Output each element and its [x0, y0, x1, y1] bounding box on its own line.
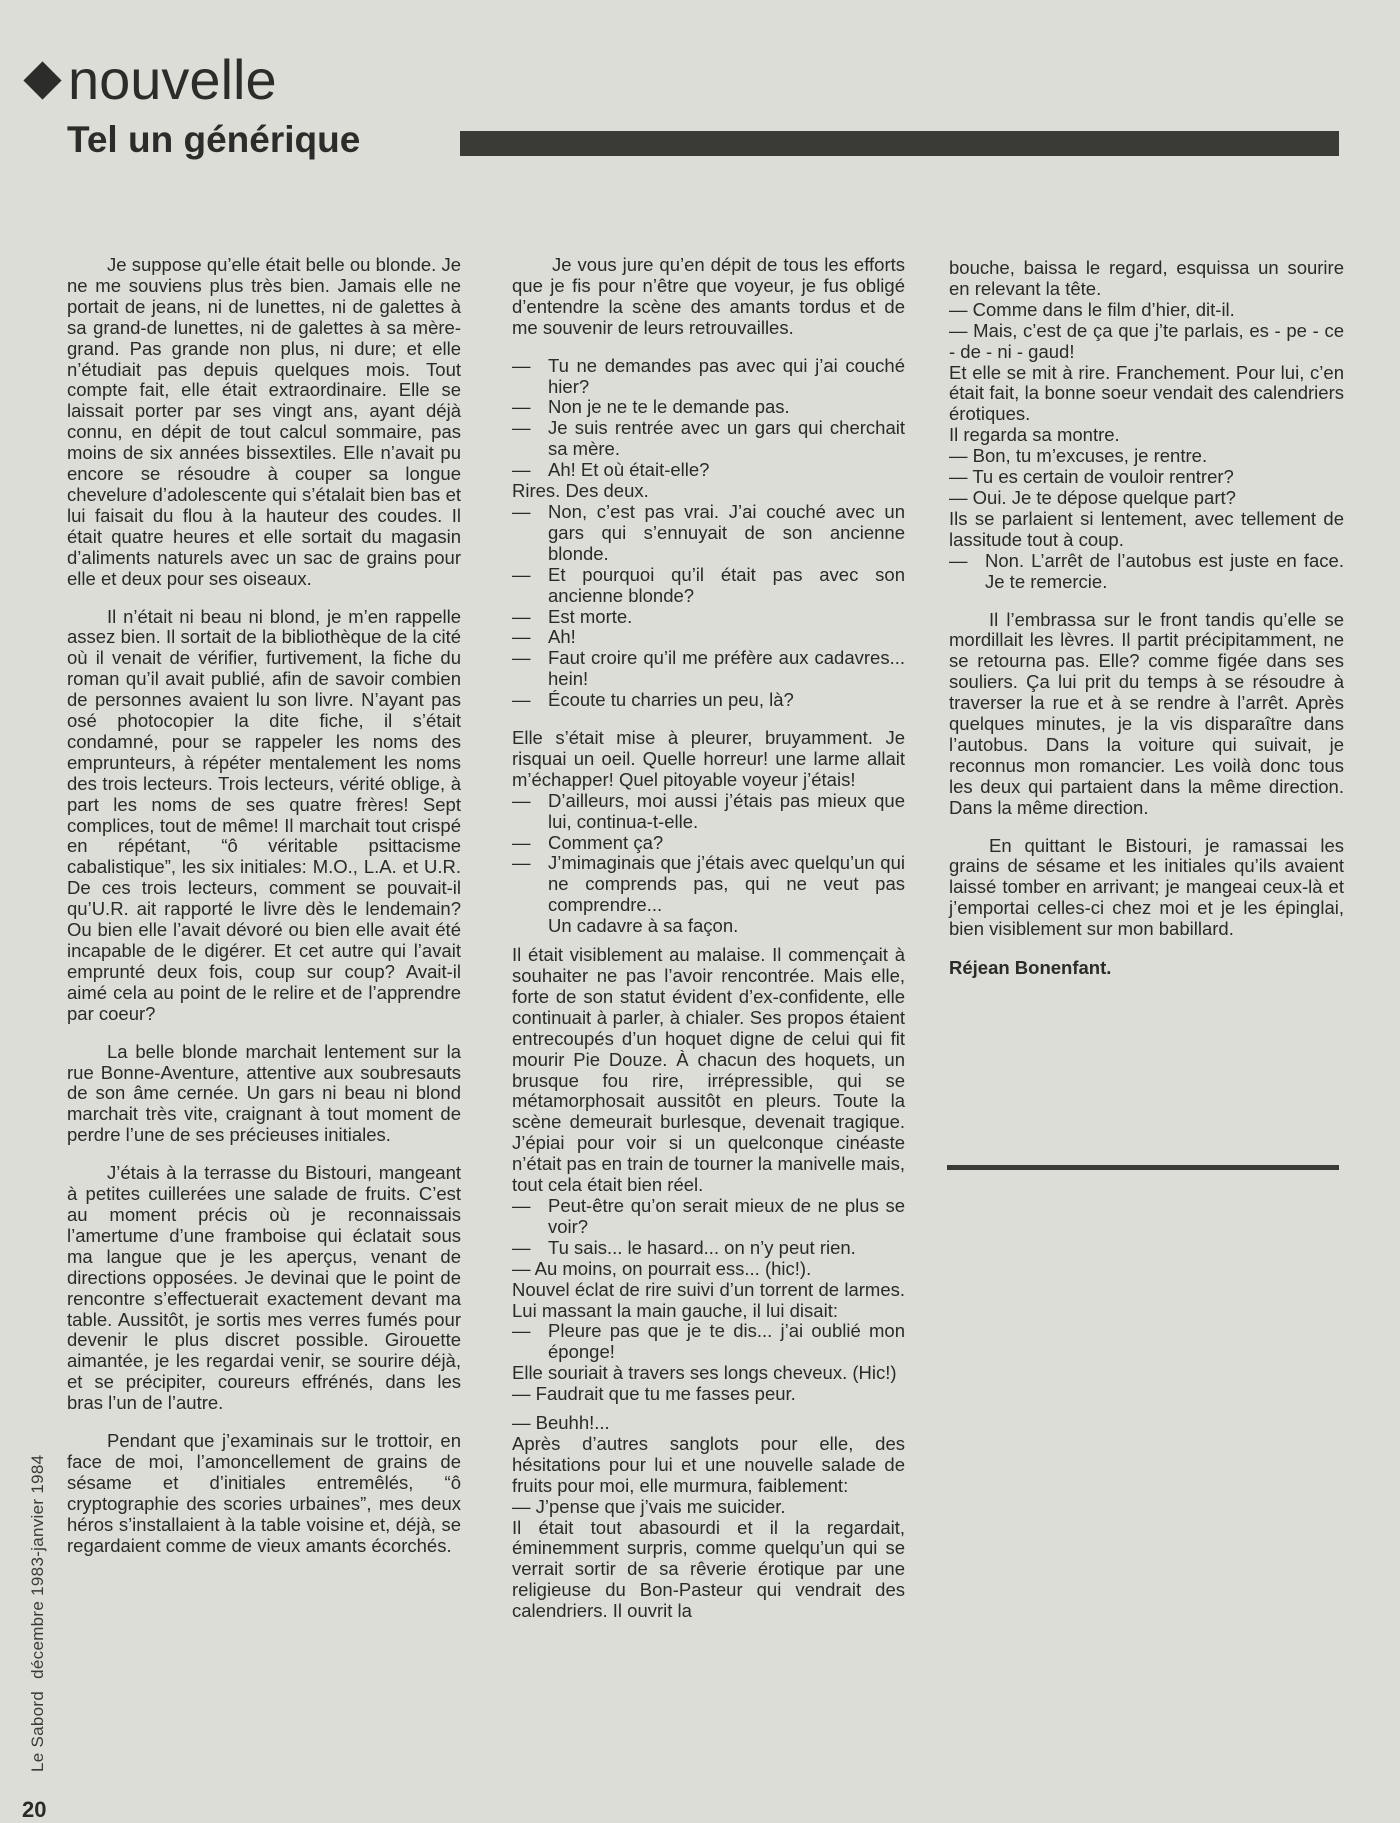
- page-number: 20: [22, 1797, 46, 1823]
- dialogue-line: —Est morte.: [512, 607, 905, 628]
- em-dash: —: [512, 690, 548, 711]
- dialogue-text: Pleure pas que je te dis... j’ai oublié …: [548, 1320, 905, 1362]
- dialogue-text: Faut croire qu’il me préfère aux cadavre…: [548, 647, 905, 689]
- narration: bouche, baissa le regard, esquissa un so…: [949, 258, 1344, 300]
- em-dash: —: [512, 1196, 548, 1217]
- dialogue-text: Faudrait que tu me fasses peur.: [536, 1383, 796, 1404]
- dialogue-text: Bon, tu m’excuses, je rentre.: [973, 445, 1207, 466]
- author-signature: Réjean Bonenfant.: [949, 958, 1344, 979]
- narration: Ils se parlaient si lentement, avec tell…: [949, 509, 1344, 551]
- article-column-1: Je suppose qu’elle était belle ou blonde…: [67, 255, 461, 1556]
- dialogue-line: —Comment ça?: [512, 833, 905, 854]
- em-dash: —: [949, 551, 985, 572]
- paragraph: Pendant que j’examinais sur le trottoir,…: [67, 1431, 461, 1556]
- dialogue-text: D’ailleurs, moi aussi j’étais pas mieux …: [548, 790, 905, 832]
- dialogue-text: Oui. Je te dépose quelque part?: [973, 487, 1236, 508]
- em-dash: —: [512, 833, 548, 854]
- dialogue-text: Beuhh!...: [536, 1412, 610, 1433]
- end-rule: [947, 1165, 1339, 1170]
- narration: Elle s’était mise à pleurer, bruyamment.…: [512, 728, 905, 791]
- em-dash: —: [512, 397, 548, 418]
- em-dash: —: [512, 460, 548, 481]
- em-dash: —: [512, 565, 548, 586]
- article-title: Tel un générique: [67, 117, 360, 163]
- dialogue-line: —Peut-être qu’on serait mieux de ne plus…: [512, 1196, 905, 1238]
- dialogue-line: — J’pense que j’vais me suicider.: [512, 1497, 905, 1518]
- dialogue-text: Mais, c’est de ça que j’te parlais, es -…: [949, 320, 1344, 362]
- dialogue-line: —D’ailleurs, moi aussi j’étais pas mieux…: [512, 791, 905, 833]
- narration: Elle souriait à travers ses longs cheveu…: [512, 1363, 905, 1384]
- em-dash: —: [512, 853, 548, 874]
- dialogue-line: — Tu es certain de vouloir rentrer?: [949, 467, 1344, 488]
- dialogue-line: — Bon, tu m’excuses, je rentre.: [949, 446, 1344, 467]
- dialogue-text: Au moins, on pourrait ess... (hic!).: [535, 1258, 812, 1279]
- article-column-3: bouche, baissa le regard, esquissa un so…: [949, 258, 1344, 979]
- publication-name: Le Sabord: [28, 1691, 47, 1772]
- narration: Rires. Des deux.: [512, 481, 905, 502]
- dialogue-line: —Non je ne te le demande pas.: [512, 397, 905, 418]
- paragraph: Il n’était ni beau ni blond, je m’en rap…: [67, 607, 461, 1025]
- em-dash: —: [512, 502, 548, 523]
- running-footer: Le Saborddécembre 1983-janvier 1984: [28, 1455, 48, 1772]
- paragraph: Il l’embrassa sur le front tandis qu’ell…: [949, 610, 1344, 819]
- dialogue-text: Non je ne te le demande pas.: [548, 396, 790, 417]
- dialogue-line: —Et pourquoi qu’il était pas avec son an…: [512, 565, 905, 607]
- dialogue-text: Tu sais... le hasard... on n’y peut rien…: [548, 1237, 856, 1258]
- dialogue-text: Ah! Et où était-elle?: [548, 459, 709, 480]
- dialogue-line: — Mais, c’est de ça que j’te parlais, es…: [949, 321, 1344, 363]
- dialogue-line: —Pleure pas que je te dis... j’ai oublié…: [512, 1321, 905, 1363]
- em-dash: —: [512, 356, 548, 377]
- dialogue-text: Peut-être qu’on serait mieux de ne plus …: [548, 1195, 905, 1237]
- dialogue-line: —J’mimaginais que j’étais avec quelqu’un…: [512, 853, 905, 916]
- em-dash: —: [512, 1238, 548, 1259]
- dialogue-line: —Non. L’arrêt de l’autobus est juste en …: [949, 551, 1344, 593]
- narration: Il était visiblement au malaise. Il comm…: [512, 945, 905, 1196]
- dialogue-text: J’pense que j’vais me suicider.: [536, 1496, 786, 1517]
- dialogue-text: Est morte.: [548, 606, 632, 627]
- narration: Et elle se mit à rire. Franchement. Pour…: [949, 363, 1344, 426]
- section-label: nouvelle: [20, 50, 277, 110]
- dialogue-line: — Comme dans le film d’hier, dit-il.: [949, 300, 1344, 321]
- narration: Il regarda sa montre.: [949, 425, 1344, 446]
- dialogue-line: —Faut croire qu’il me préfère aux cadavr…: [512, 648, 905, 690]
- dialogue-line: —Je suis rentrée avec un gars qui cherch…: [512, 418, 905, 460]
- dialogue-text: J’mimaginais que j’étais avec quelqu’un …: [548, 852, 905, 915]
- narration: Il était tout abasourdi et il la regarda…: [512, 1518, 905, 1623]
- dialogue-line: —Ah! Et où était-elle?: [512, 460, 905, 481]
- dialogue-text: Non, c’est pas vrai. J’ai couché avec un…: [548, 501, 905, 564]
- paragraph: La belle blonde marchait lentement sur l…: [67, 1042, 461, 1147]
- em-dash: —: [512, 627, 548, 648]
- dialogue-text: Ah!: [548, 626, 576, 647]
- dialogue-text: Comment ça?: [548, 832, 663, 853]
- article-column-2: Je vous jure qu’en dépit de tous les eff…: [512, 255, 905, 1622]
- em-dash: —: [512, 791, 548, 812]
- em-dash: —: [512, 607, 548, 628]
- issue-date: décembre 1983-janvier 1984: [28, 1455, 47, 1679]
- dialogue-line: —Écoute tu charries un peu, là?: [512, 690, 905, 711]
- paragraph: Je vous jure qu’en dépit de tous les eff…: [512, 255, 905, 339]
- paragraph: Je suppose qu’elle était belle ou blonde…: [67, 255, 461, 590]
- narration: Après d’autres sanglots pour elle, des h…: [512, 1434, 905, 1497]
- dialogue-continuation: Un cadavre à sa façon.: [512, 916, 905, 937]
- title-rule: [460, 131, 1339, 156]
- dialogue-line: —Tu sais... le hasard... on n’y peut rie…: [512, 1238, 905, 1259]
- diamond-bullet-icon: [23, 61, 61, 99]
- dialogue-line: —Ah!: [512, 627, 905, 648]
- dialogue-text: Tu ne demandes pas avec qui j’ai couché …: [548, 355, 905, 397]
- dialogue-text: Tu es certain de vouloir rentrer?: [972, 466, 1234, 487]
- dialogue-line: — Oui. Je te dépose quelque part?: [949, 488, 1344, 509]
- em-dash: —: [512, 648, 548, 669]
- em-dash: —: [512, 418, 548, 439]
- dialogue-text: Je suis rentrée avec un gars qui chercha…: [548, 417, 905, 459]
- section-name: nouvelle: [68, 50, 277, 110]
- dialogue-line: — Beuhh!...: [512, 1413, 905, 1434]
- dialogue-text: Et pourquoi qu’il était pas avec son anc…: [548, 564, 905, 606]
- dialogue-line: — Faudrait que tu me fasses peur.: [512, 1384, 905, 1405]
- dialogue-line: — Au moins, on pourrait ess... (hic!).: [512, 1259, 905, 1280]
- dialogue-text: Non. L’arrêt de l’autobus est juste en f…: [985, 550, 1344, 592]
- em-dash: —: [512, 1321, 548, 1342]
- dialogue-text: Comme dans le film d’hier, dit-il.: [973, 299, 1235, 320]
- paragraph: En quittant le Bistouri, je ramassai les…: [949, 836, 1344, 941]
- paragraph: J’étais à la terrasse du Bistouri, mange…: [67, 1163, 461, 1414]
- narration: Nouvel éclat de rire suivi d’un torrent …: [512, 1280, 905, 1322]
- dialogue-text: Écoute tu charries un peu, là?: [548, 689, 794, 710]
- dialogue-line: —Non, c’est pas vrai. J’ai couché avec u…: [512, 502, 905, 565]
- dialogue-line: —Tu ne demandes pas avec qui j’ai couché…: [512, 356, 905, 398]
